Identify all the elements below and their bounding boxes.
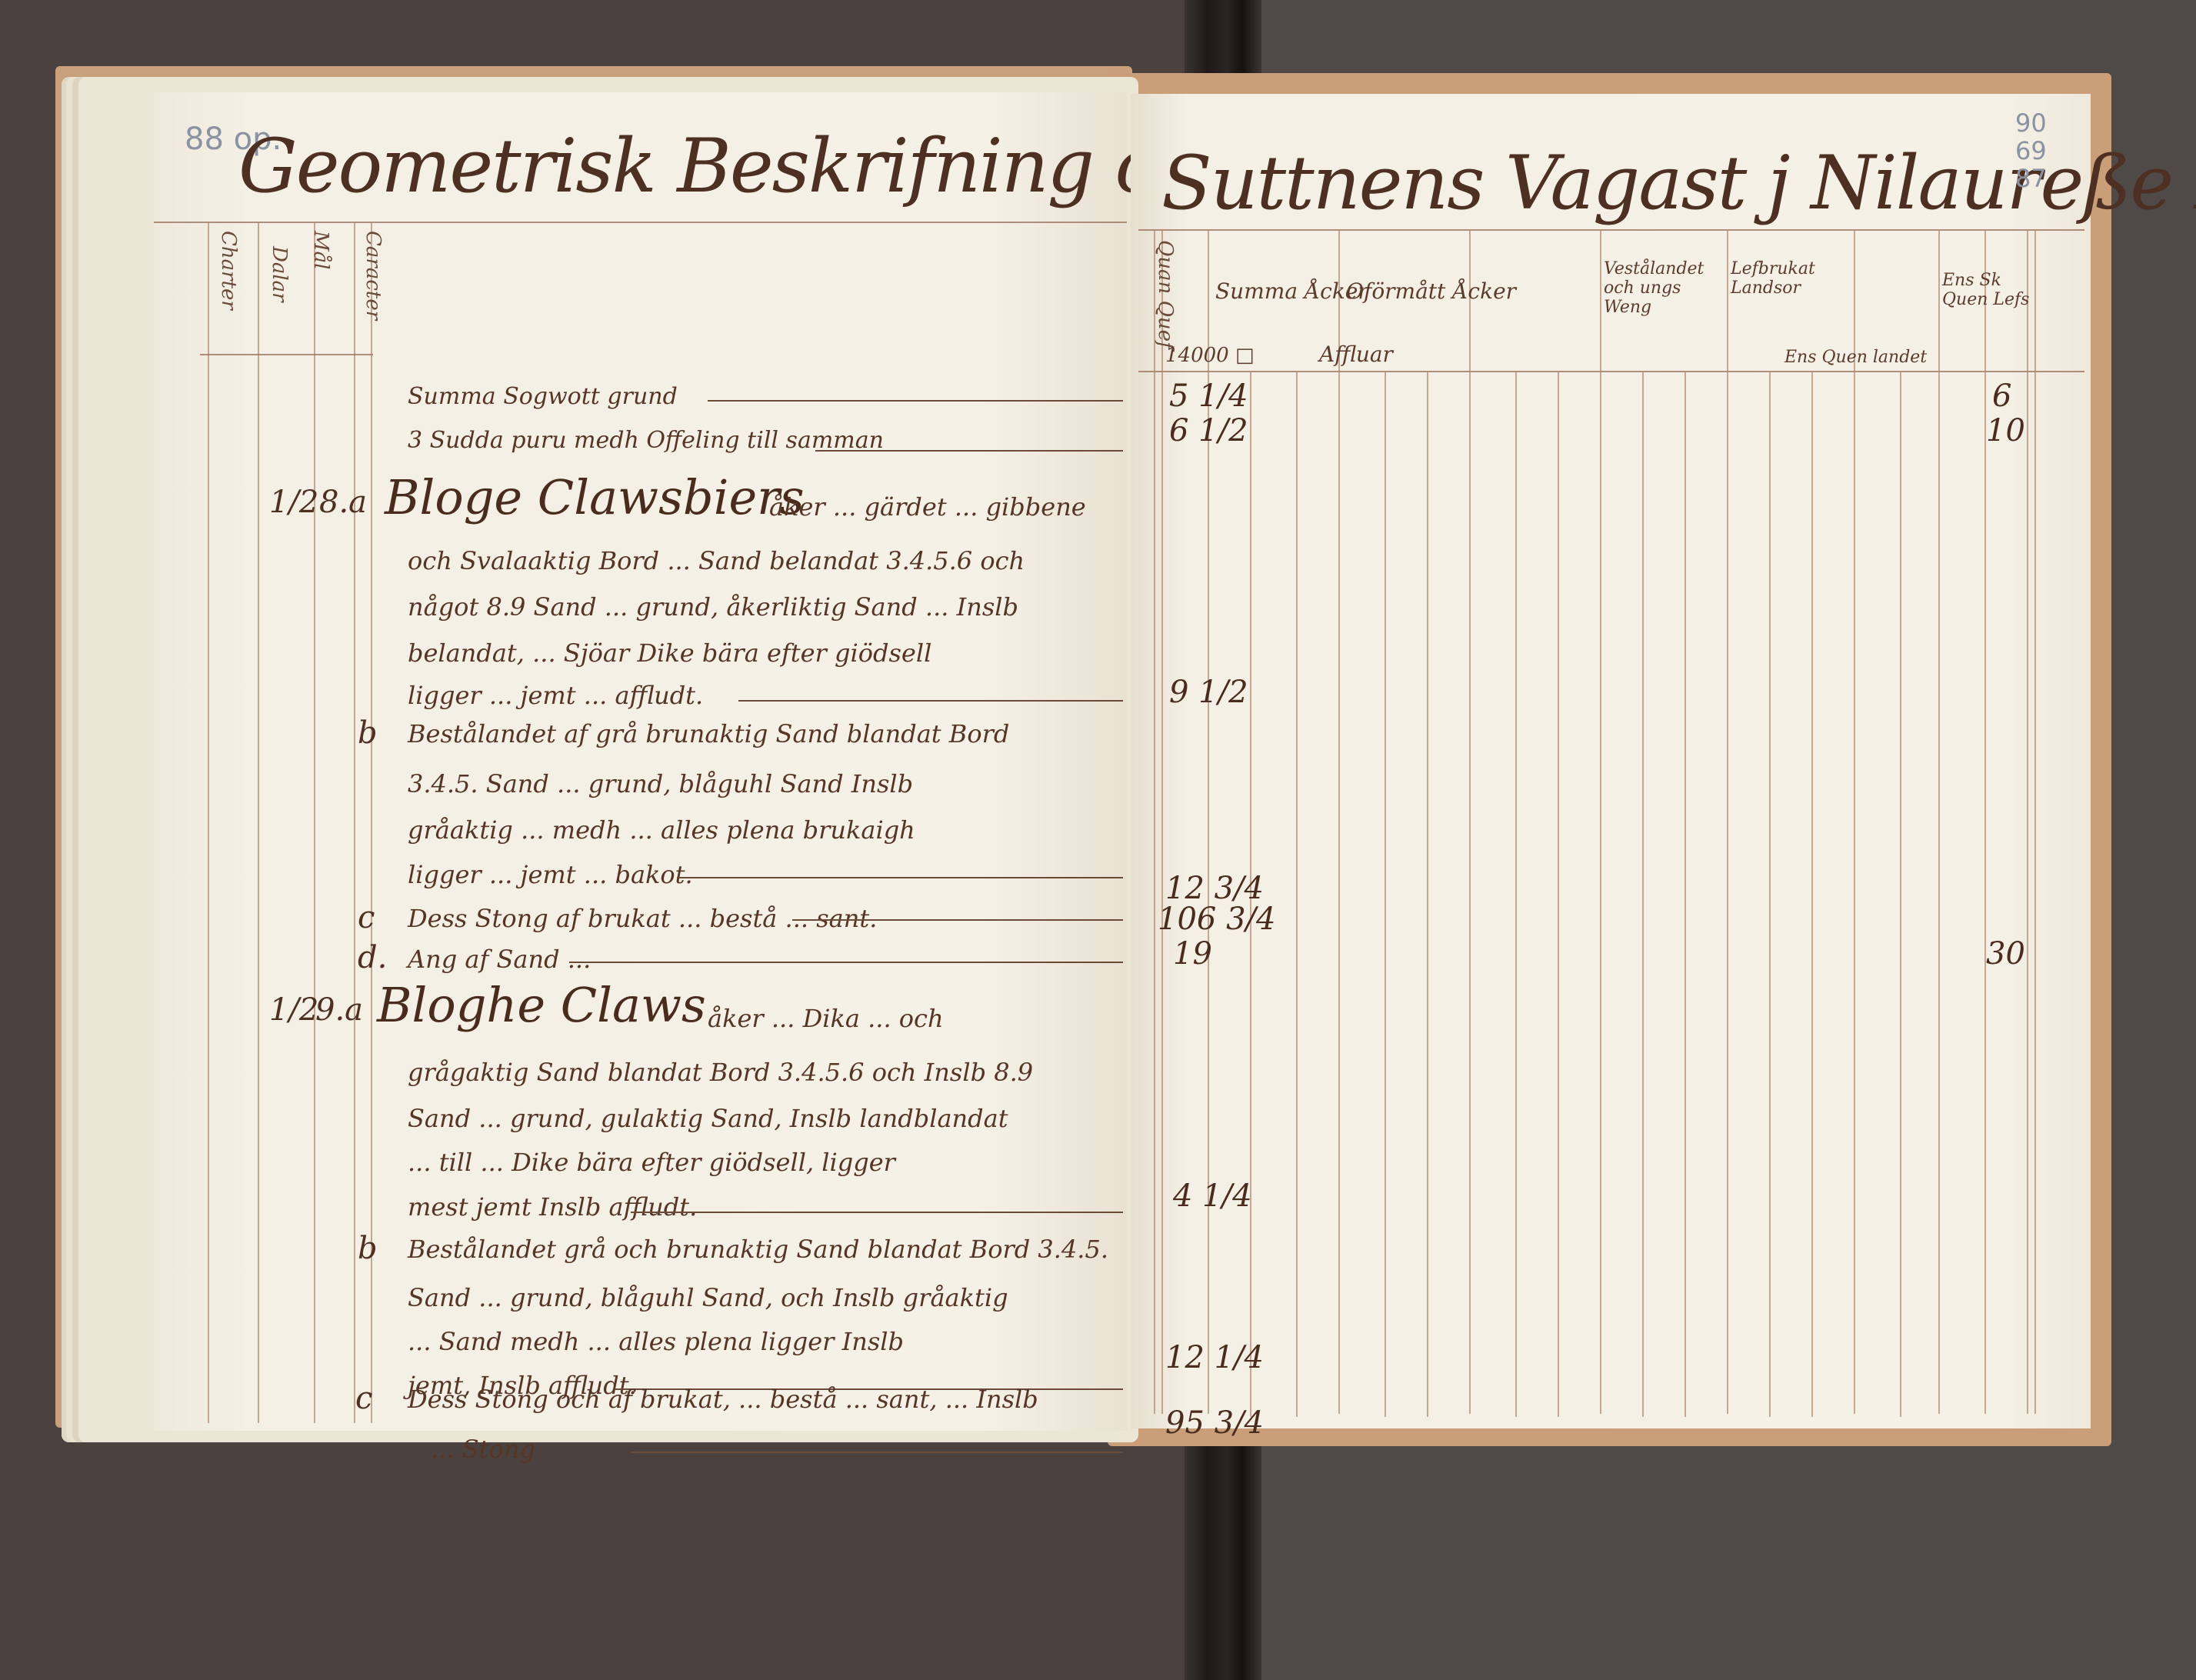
column-header-oformatt-acker: Oförmått Åcker — [1346, 278, 1516, 304]
quan-value: 12 1/4 — [1165, 1340, 1264, 1375]
column-rule — [1427, 371, 1428, 1417]
margin-rule — [354, 223, 355, 1423]
left-page: 88 op. Geometrisk Beskrifning öfver Char… — [154, 92, 1127, 1431]
column-header-quen-landet: Ens Quen landet — [1784, 348, 1927, 367]
column-rule — [1900, 371, 1901, 1417]
entry-line: något 8.9 Sand ... grund, åkerliktig San… — [408, 592, 1018, 622]
right-column-value: 10 — [1986, 413, 2025, 448]
header-rule — [200, 354, 373, 355]
column-rule — [1938, 229, 1940, 1414]
column-header-quan: Quan Quef — [1154, 240, 1177, 349]
line-fill-rule — [815, 450, 1123, 452]
column-rule — [1984, 229, 1986, 1414]
column-header-ens-lefs: Ens Sk Quen Lefs — [1942, 271, 2034, 309]
column-header-caracter: Caracter — [362, 231, 385, 320]
line-fill-rule — [738, 700, 1123, 702]
line-fill-rule — [677, 877, 1123, 878]
entry-number: d. — [358, 940, 387, 975]
intro-line: 3 Sudda puru medh Offeling till samman — [408, 427, 884, 454]
entry-line: Dess Stong och af brukat, ... bestå ... … — [408, 1385, 1038, 1414]
column-rule — [1515, 371, 1517, 1417]
entry-name: Bloghe Claws — [377, 977, 706, 1033]
line-fill-rule — [708, 400, 1123, 402]
entry-line: ligger ... jemt ... affludt. — [408, 681, 703, 710]
column-header-mal: Mål — [309, 231, 332, 269]
margin-rule — [258, 223, 259, 1423]
entry-line: ... Sand medh ... alles plena ligger Ins… — [408, 1327, 904, 1356]
column-header-summa-acker: Summa Åcker — [1215, 278, 1368, 304]
area-subheader: 14000 □ — [1165, 344, 1255, 367]
margin-rule — [314, 223, 315, 1423]
column-header-lefbrukat: Lefbrukat Landsor — [1731, 259, 1846, 298]
column-rule — [1811, 371, 1813, 1417]
entry-number: 9.a — [315, 992, 363, 1028]
entry-line: ... Stong — [431, 1435, 535, 1464]
entry-line: Sand ... grund, gulaktig Sand, Inslb lan… — [408, 1104, 1008, 1133]
entry-number: b — [358, 715, 378, 751]
entry-line: åker ... Dika ... och — [708, 1004, 944, 1033]
pencil-folio-number: 90 69 87 — [2015, 109, 2077, 192]
quan-value: 5 1/4 — [1169, 378, 1248, 414]
column-rule — [1854, 229, 1855, 1414]
right-page: Suttnens Vagast j Nilaureße Bebet 90 69 … — [1131, 94, 2091, 1428]
quan-value: 9 1/2 — [1169, 675, 1248, 710]
entry-number: c — [355, 1381, 372, 1416]
entry-fraction: 1/2 — [269, 992, 318, 1028]
column-rule — [1684, 371, 1686, 1417]
column-header-charter: Charter — [217, 231, 240, 310]
line-fill-rule — [792, 919, 1123, 921]
column-rule — [1385, 371, 1386, 1417]
entry-line: Dess Stong af brukat ... bestå ... sant. — [408, 904, 877, 933]
margin-rule — [208, 223, 209, 1423]
entry-line: gråaktig ... medh ... alles plena brukai… — [408, 815, 915, 845]
quan-value: 4 1/4 — [1173, 1178, 1252, 1214]
column-rule — [1727, 229, 1728, 1414]
column-rule — [1338, 229, 1340, 1414]
entry-name: Bloge Clawsbiers — [385, 469, 805, 525]
line-fill-rule — [569, 962, 1123, 963]
entry-line: ligger ... jemt ... bakot. — [408, 860, 693, 889]
entry-line: 3.4.5. Sand ... grund, blåguhl Sand Insl… — [408, 769, 913, 798]
column-rule — [1154, 229, 1155, 1414]
column-rule — [1558, 371, 1559, 1417]
quan-value: 6 1/2 — [1169, 413, 1248, 448]
column-rule — [1642, 371, 1644, 1417]
column-rule — [1161, 229, 1163, 1414]
entry-line: belandat, ... Sjöar Dike bära efter giöd… — [408, 638, 931, 668]
header-rule — [1138, 229, 2084, 231]
quan-value: 95 3/4 — [1165, 1405, 1264, 1441]
entry-line: mest jemt Inslb affludt. — [408, 1192, 697, 1222]
line-fill-rule — [631, 1212, 1123, 1213]
column-rule — [1769, 371, 1771, 1417]
entry-line: Bestålandet af grå brunaktig Sand blanda… — [408, 719, 1009, 748]
quan-value: 19 — [1173, 936, 1212, 972]
line-fill-rule — [631, 1452, 1123, 1453]
entry-line: grågaktig Sand blandat Bord 3.4.5.6 och … — [408, 1058, 1033, 1087]
header-rule — [1138, 371, 2084, 372]
entry-number: 8.a — [319, 485, 367, 520]
entry-fraction: 1/2 — [269, 485, 318, 520]
entry-line: Sand ... grund, blåguhl Sand, och Inslb … — [408, 1283, 1008, 1312]
quan-value: 106 3/4 — [1158, 902, 1275, 937]
entry-line: Bestålandet grå och brunaktig Sand bland… — [408, 1235, 1108, 1264]
column-header-vestalandet: Vestålandet och ungs Weng — [1604, 259, 1719, 317]
right-column-value: 30 — [1986, 936, 2025, 972]
right-column-value: 6 — [1992, 378, 2011, 414]
entry-line: Ang af Sand ... — [408, 945, 591, 974]
column-rule — [2027, 229, 2028, 1414]
column-rule — [1600, 229, 1601, 1414]
subheader-affluar: Affluar — [1319, 342, 1393, 367]
column-rule — [1296, 371, 1298, 1417]
entry-line: ... till ... Dike bära efter giödsell, l… — [408, 1148, 895, 1177]
entry-number: c — [358, 900, 375, 935]
column-rule — [1469, 229, 1471, 1414]
column-header-dalar: Dalar — [268, 246, 291, 302]
column-rule — [2034, 229, 2036, 1414]
header-rule — [154, 222, 1127, 223]
intro-line: Summa Sogwott grund — [408, 383, 678, 410]
entry-line: åker ... gärdet ... gibbene — [769, 492, 1086, 522]
entry-line: och Svalaaktig Bord ... Sand belandat 3.… — [408, 546, 1025, 575]
entry-number: b — [358, 1231, 378, 1266]
